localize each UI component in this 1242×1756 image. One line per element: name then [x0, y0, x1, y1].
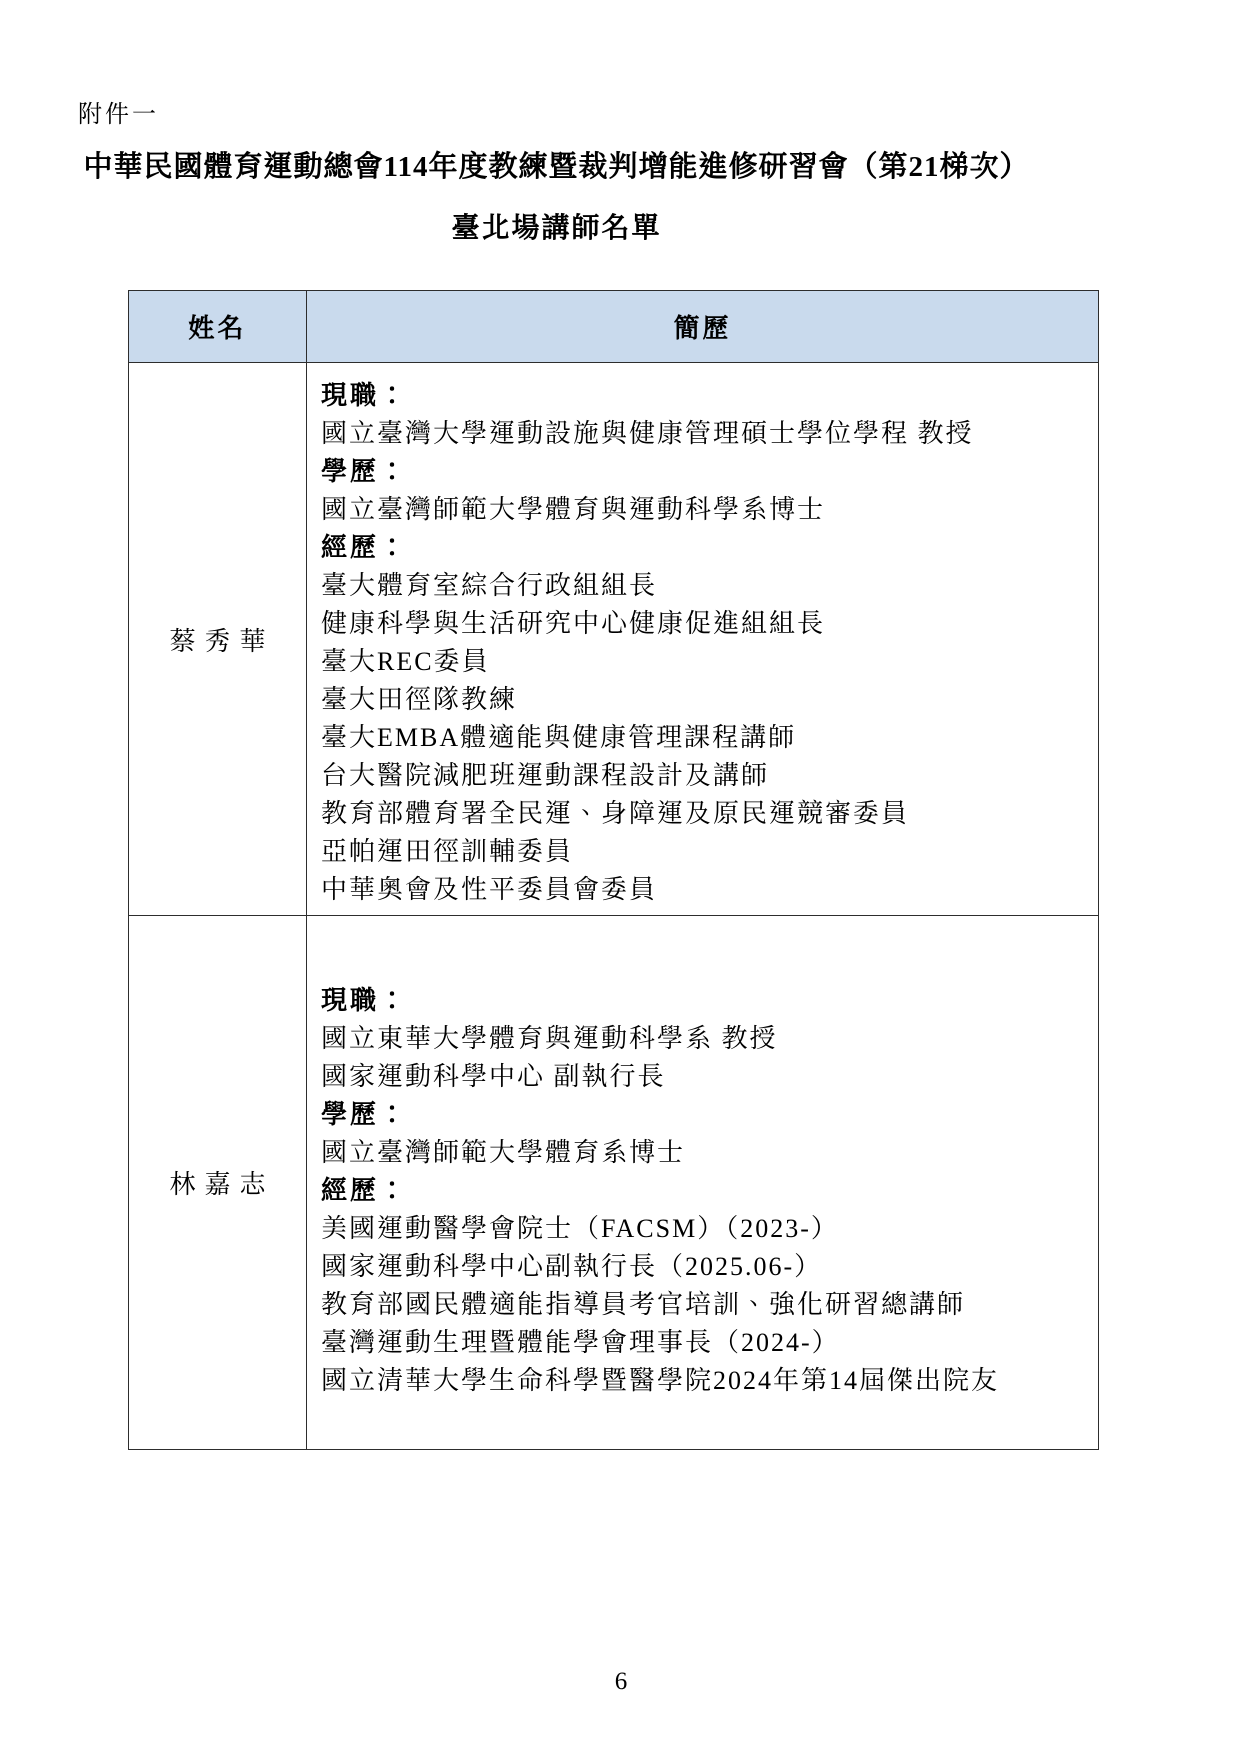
- table-header-row: 姓名 簡歷: [129, 291, 1099, 363]
- attachment-label: 附件一: [78, 94, 159, 129]
- lecturer-name: 蔡秀華: [169, 627, 274, 656]
- header-cell-bio: 簡歷: [307, 291, 1099, 363]
- bio-line: 臺大EMBA體適能與健康管理課程講師: [321, 719, 1090, 757]
- lecturer-name: 林嘉志: [169, 1170, 274, 1199]
- header-cell-name: 姓名: [129, 291, 307, 363]
- document-page: { "page": { "attachment_label": "附件一", "…: [0, 0, 1242, 1756]
- bio-line: 臺大REC委員: [321, 643, 1090, 681]
- page-number: 6: [0, 1668, 1242, 1696]
- bio-line: 臺大體育室綜合行政組組長: [321, 567, 1090, 605]
- bio-line: 健康科學與生活研究中心健康促進組組長: [321, 605, 1090, 643]
- bio-line: 國立清華大學生命科學暨醫學院2024年第14屆傑出院友: [321, 1362, 1090, 1400]
- bio-section-label: 經歷：: [321, 1172, 1090, 1210]
- bio-line: 美國運動醫學會院士（FACSM）（2023-）: [321, 1210, 1090, 1248]
- bio-line: 國立東華大學體育與運動科學系 教授: [321, 1020, 1090, 1058]
- table-body: 蔡秀華 現職：國立臺灣大學運動設施與健康管理碩士學位學程 教授學歷：國立臺灣師範…: [129, 363, 1099, 1450]
- table-row: 林嘉志 現職：國立東華大學體育與運動科學系 教授國家運動科學中心 副執行長學歷：…: [129, 916, 1099, 1450]
- table-row: 蔡秀華 現職：國立臺灣大學運動設施與健康管理碩士學位學程 教授學歷：國立臺灣師範…: [129, 363, 1099, 916]
- bio-line: 國立臺灣師範大學體育系博士: [321, 1134, 1090, 1172]
- page-subtitle: 臺北場講師名單: [78, 206, 1035, 246]
- bio-section-label: 經歷：: [321, 529, 1090, 567]
- bio-line: 臺大田徑隊教練: [321, 681, 1090, 719]
- bio-line: 中華奧會及性平委員會委員: [321, 871, 1090, 909]
- bio-section-label: 現職：: [321, 377, 1090, 415]
- bio-cell: 現職：國立臺灣大學運動設施與健康管理碩士學位學程 教授學歷：國立臺灣師範大學體育…: [307, 363, 1099, 916]
- name-cell: 蔡秀華: [129, 363, 307, 916]
- bio-line: 教育部體育署全民運、身障運及原民運競審委員: [321, 795, 1090, 833]
- bio-line: 國立臺灣大學運動設施與健康管理碩士學位學程 教授: [321, 415, 1090, 453]
- bio-line: 亞帕運田徑訓輔委員: [321, 833, 1090, 871]
- bio-line: 臺灣運動生理暨體能學會理事長（2024-）: [321, 1324, 1090, 1362]
- bio-section-label: 學歷：: [321, 1096, 1090, 1134]
- bio-section-label: 學歷：: [321, 453, 1090, 491]
- bio-line: 台大醫院減肥班運動課程設計及講師: [321, 757, 1090, 795]
- lecturer-table: 姓名 簡歷 蔡秀華 現職：國立臺灣大學運動設施與健康管理碩士學位學程 教授學歷：…: [128, 290, 1099, 1450]
- name-cell: 林嘉志: [129, 916, 307, 1450]
- bio-top-spacer: [321, 930, 1090, 982]
- bio-line: 教育部國民體適能指導員考官培訓、強化研習總講師: [321, 1286, 1090, 1324]
- bio-line: 國立臺灣師範大學體育與運動科學系博士: [321, 491, 1090, 529]
- bio-section-label: 現職：: [321, 982, 1090, 1020]
- bio-cell: 現職：國立東華大學體育與運動科學系 教授國家運動科學中心 副執行長學歷：國立臺灣…: [307, 916, 1099, 1450]
- page-title: 中華民國體育運動總會114年度教練暨裁判增能進修研習會（第21梯次）: [78, 144, 1035, 185]
- bio-line: 國家運動科學中心副執行長（2025.06-）: [321, 1248, 1090, 1286]
- bio-line: 國家運動科學中心 副執行長: [321, 1058, 1090, 1096]
